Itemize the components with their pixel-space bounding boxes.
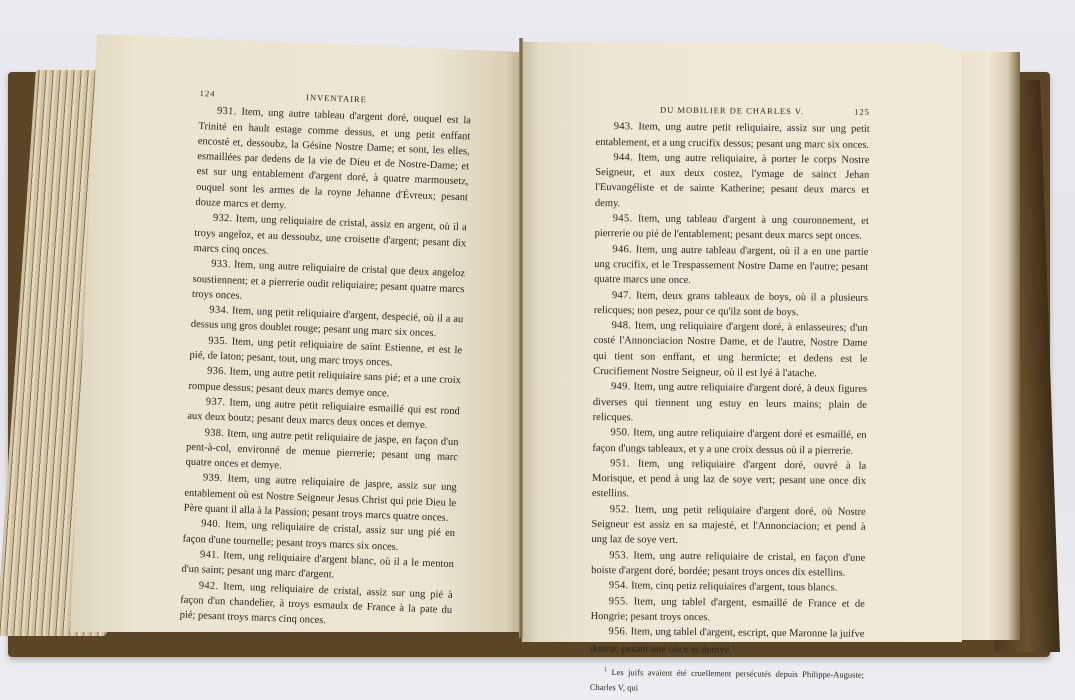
entry: 931. Item, ung autre tableau d'argent do… [195, 103, 471, 220]
entry: 948. Item, ung reliquiaire d'argent doré… [593, 318, 868, 382]
entry: 950. Item, ung autre reliquiaire d'argen… [592, 425, 866, 458]
left-page-text: 124 INVENTAIRE 931. Item, ung autre tabl… [179, 86, 471, 633]
footnote-mark: 1 [732, 645, 735, 651]
entry: 943. Item, ung autre petit reliquiaire, … [595, 119, 869, 152]
entry: 944. Item, ung autre reliquiaire, à port… [595, 150, 870, 214]
entry: 956. Item, ung tablel d'argent, escript,… [590, 624, 864, 660]
entry: 955. Item, ung tablel d'argent, esmaillé… [591, 593, 865, 626]
footnote: 1 Les juifs avaient été cruellement pers… [590, 663, 864, 698]
left-entries: 931. Item, ung autre tableau d'argent do… [179, 103, 471, 633]
right-running-title: DU MOBILIER DE CHARLES V. [610, 102, 854, 120]
left-page-number: 124 [199, 86, 215, 102]
book-gutter [519, 38, 523, 638]
right-page-number: 125 [854, 105, 870, 120]
right-page-text: DU MOBILIER DE CHARLES V. 125 943. Item,… [590, 102, 870, 700]
entry: 949. Item, ung autre reliquiaire d'argen… [593, 379, 867, 428]
entry: 953. Item, ung autre reliquiaire de cris… [591, 548, 865, 581]
right-entries: 943. Item, ung autre petit reliquiaire, … [590, 119, 870, 660]
entry: 952. Item, ung petit reliquiaire d'argen… [591, 502, 865, 551]
entry: 947. Item, deux grans tableaux de boys, … [594, 288, 868, 321]
entry: 951. Item, ung reliquiaire d'argent doré… [592, 456, 866, 505]
entry: 946. Item, ung autre tableau d'argent, o… [594, 242, 868, 291]
entry: 945. Item, ung tableau d'argent à ung co… [595, 211, 869, 244]
right-running-head: DU MOBILIER DE CHARLES V. 125 [596, 102, 870, 120]
